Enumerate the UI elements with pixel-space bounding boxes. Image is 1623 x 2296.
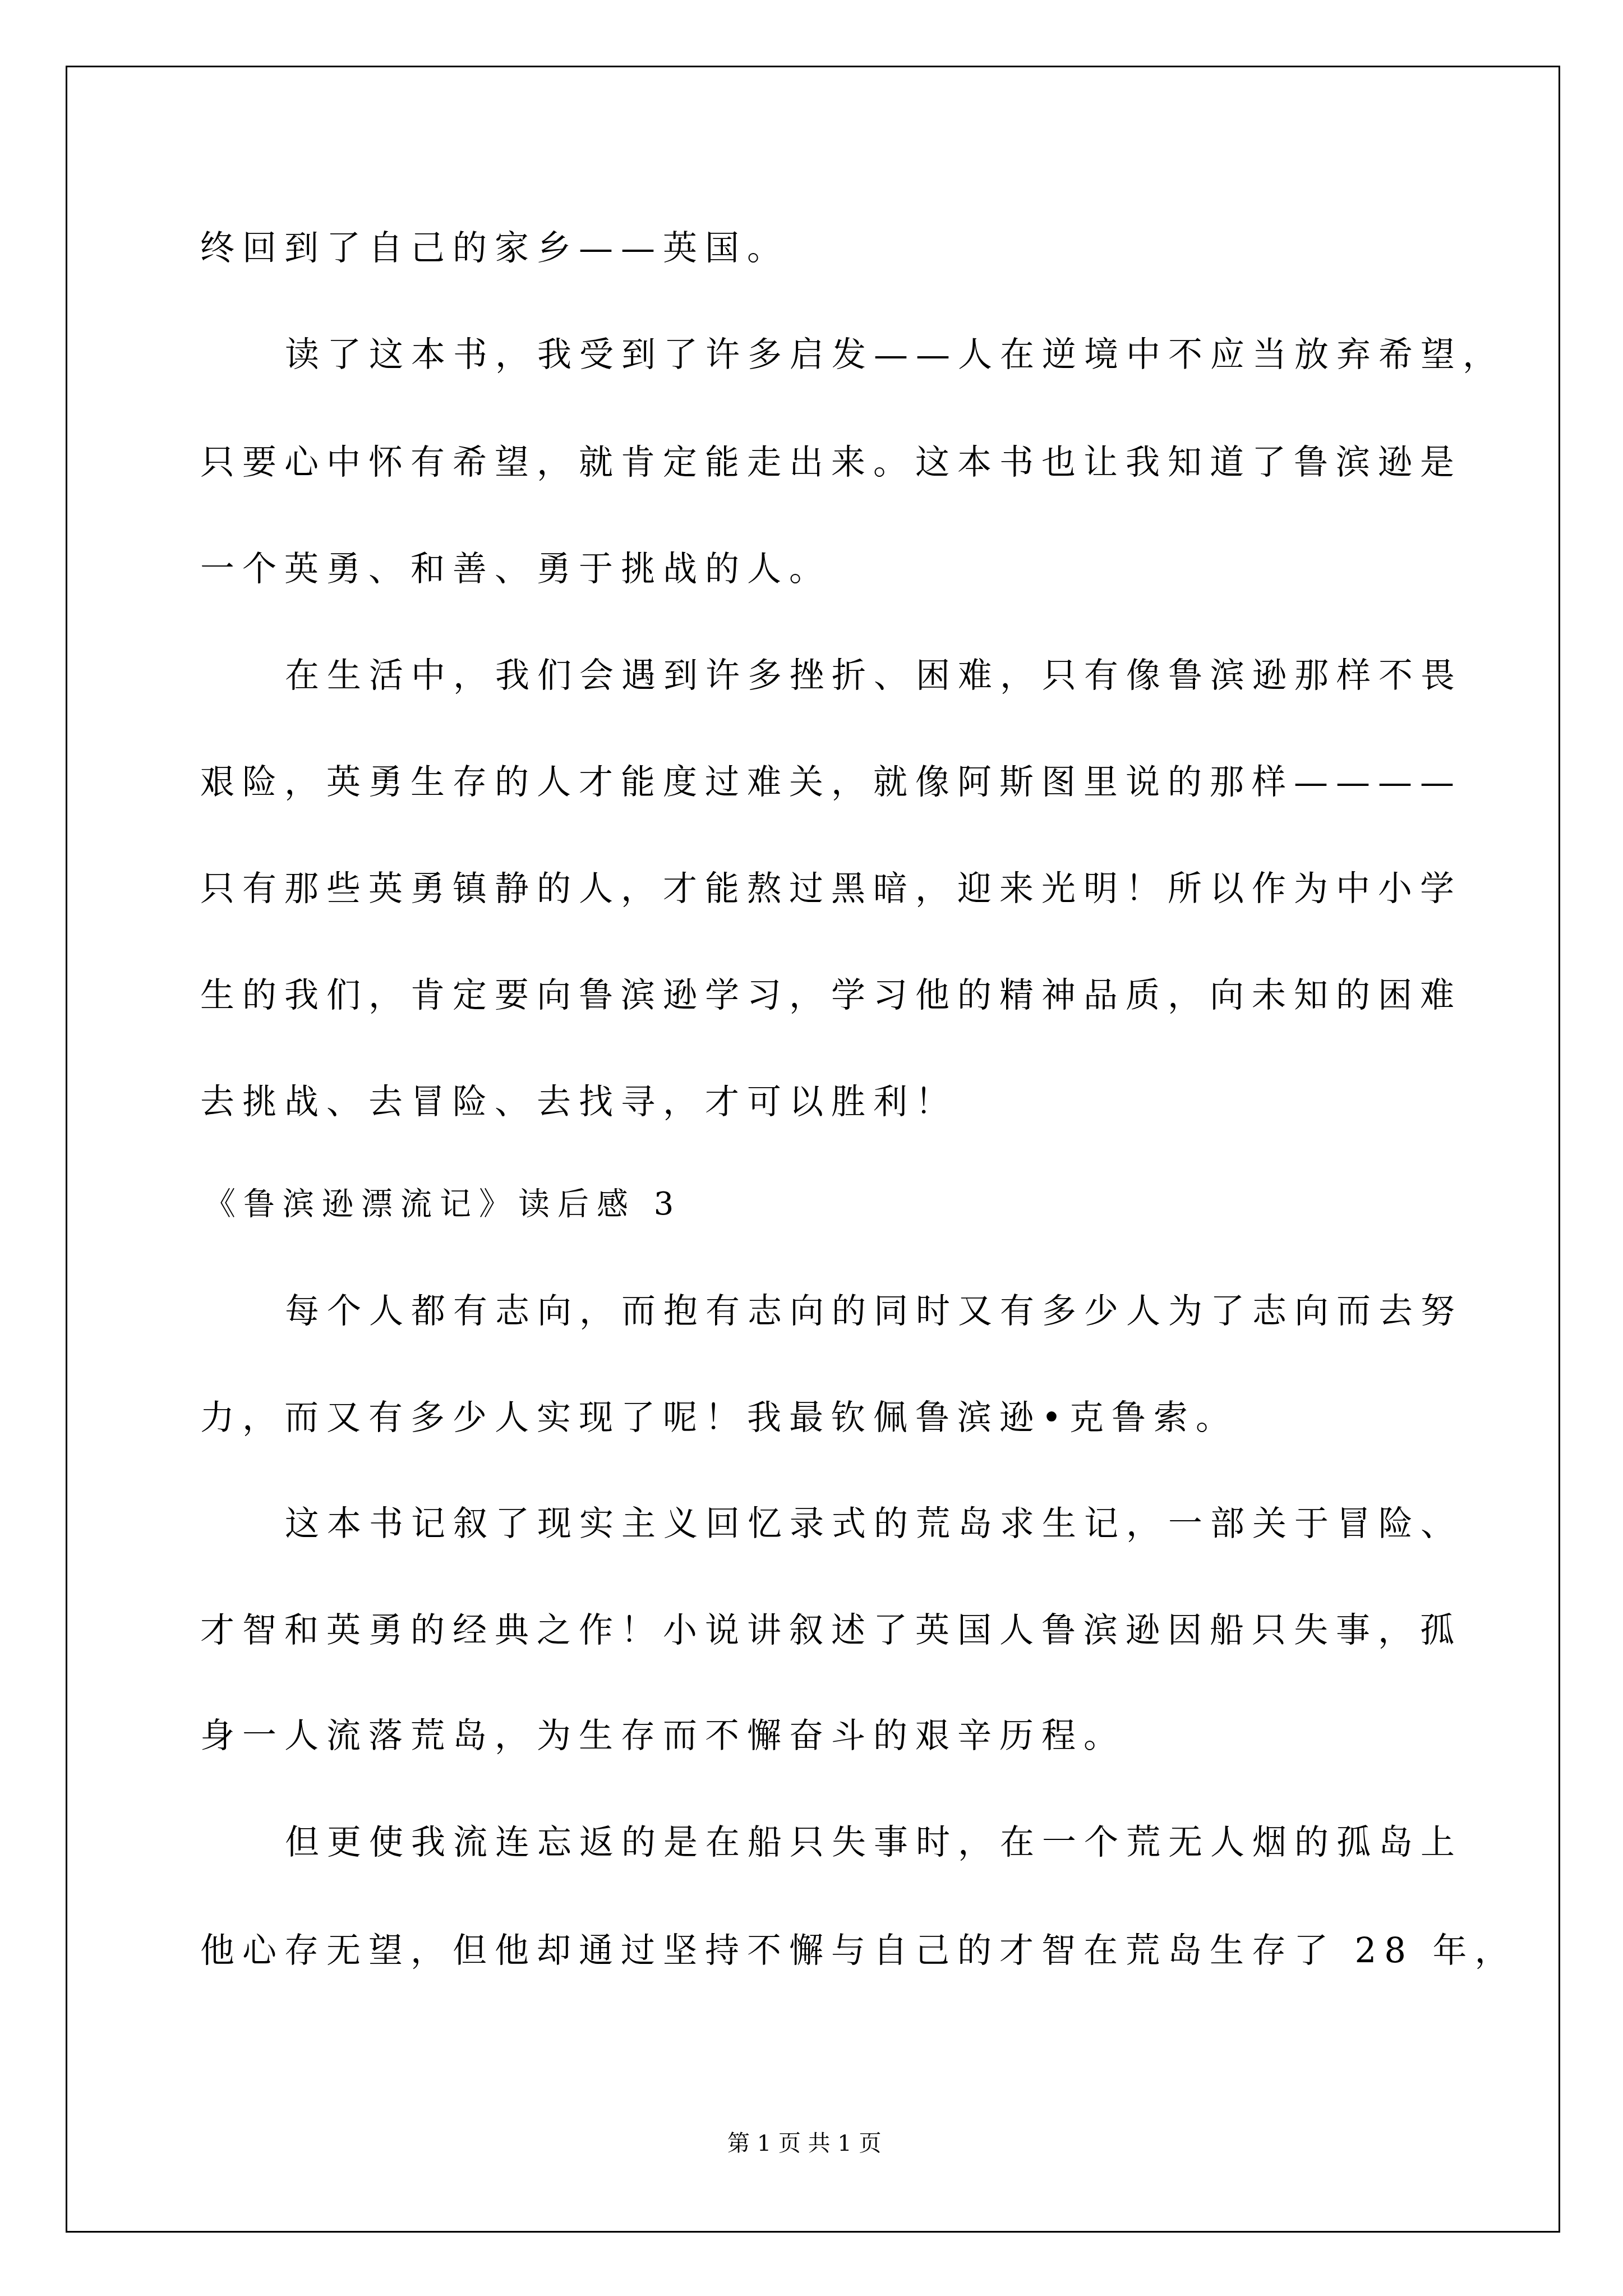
- text-line: 读了这本书，我受到了许多启发——人在逆境中不应当放弃希望，: [200, 335, 1505, 375]
- text-line: 才智和英勇的经典之作！小说讲叙述了英国人鲁滨逊因船只失事，孤: [200, 1611, 1462, 1650]
- text-line: 只有那些英勇镇静的人，才能熬过黑暗，迎来光明！所以作为中小学: [200, 869, 1462, 909]
- text-line: 每个人都有志向，而抱有志向的同时又有多少人为了志向而去努: [200, 1292, 1463, 1331]
- text-line: 去挑战、去冒险、去找寻，才可以胜利！: [200, 1083, 957, 1122]
- text-line: 他心存无望，但他却通过坚持不懈与自己的才智在荒岛生存了 28 年，: [200, 1931, 1516, 1971]
- text-line: 只要心中怀有希望，就肯定能走出来。这本书也让我知道了鲁滨逊是: [200, 443, 1462, 482]
- text-line: 终回到了自己的家乡——英国。: [200, 229, 789, 268]
- page-border: [66, 66, 1560, 2233]
- section-heading: 《鲁滨逊漂流记》读后感 3: [204, 1185, 681, 1224]
- text-line: 力，而又有多少人实现了呢！我最钦佩鲁滨逊•克鲁索。: [200, 1398, 1238, 1438]
- text-line: 但更使我流连忘返的是在船只失事时，在一个荒无人烟的孤岛上: [200, 1823, 1463, 1862]
- text-line: 这本书记叙了现实主义回忆录式的荒岛求生记，一部关于冒险、: [200, 1504, 1463, 1544]
- page-footer: 第 1 页 共 1 页: [727, 2129, 881, 2157]
- text-line: 生的我们，肯定要向鲁滨逊学习，学习他的精神品质，向未知的困难: [200, 976, 1462, 1015]
- text-line: 一个英勇、和善、勇于挑战的人。: [200, 550, 831, 589]
- text-line: 艰险，英勇生存的人才能度过难关，就像阿斯图里说的那样————: [200, 763, 1462, 802]
- text-line: 在生活中，我们会遇到许多挫折、困难，只有像鲁滨逊那样不畏: [200, 656, 1463, 696]
- text-line: 身一人流落荒岛，为生存而不懈奋斗的艰辛历程。: [200, 1717, 1126, 1756]
